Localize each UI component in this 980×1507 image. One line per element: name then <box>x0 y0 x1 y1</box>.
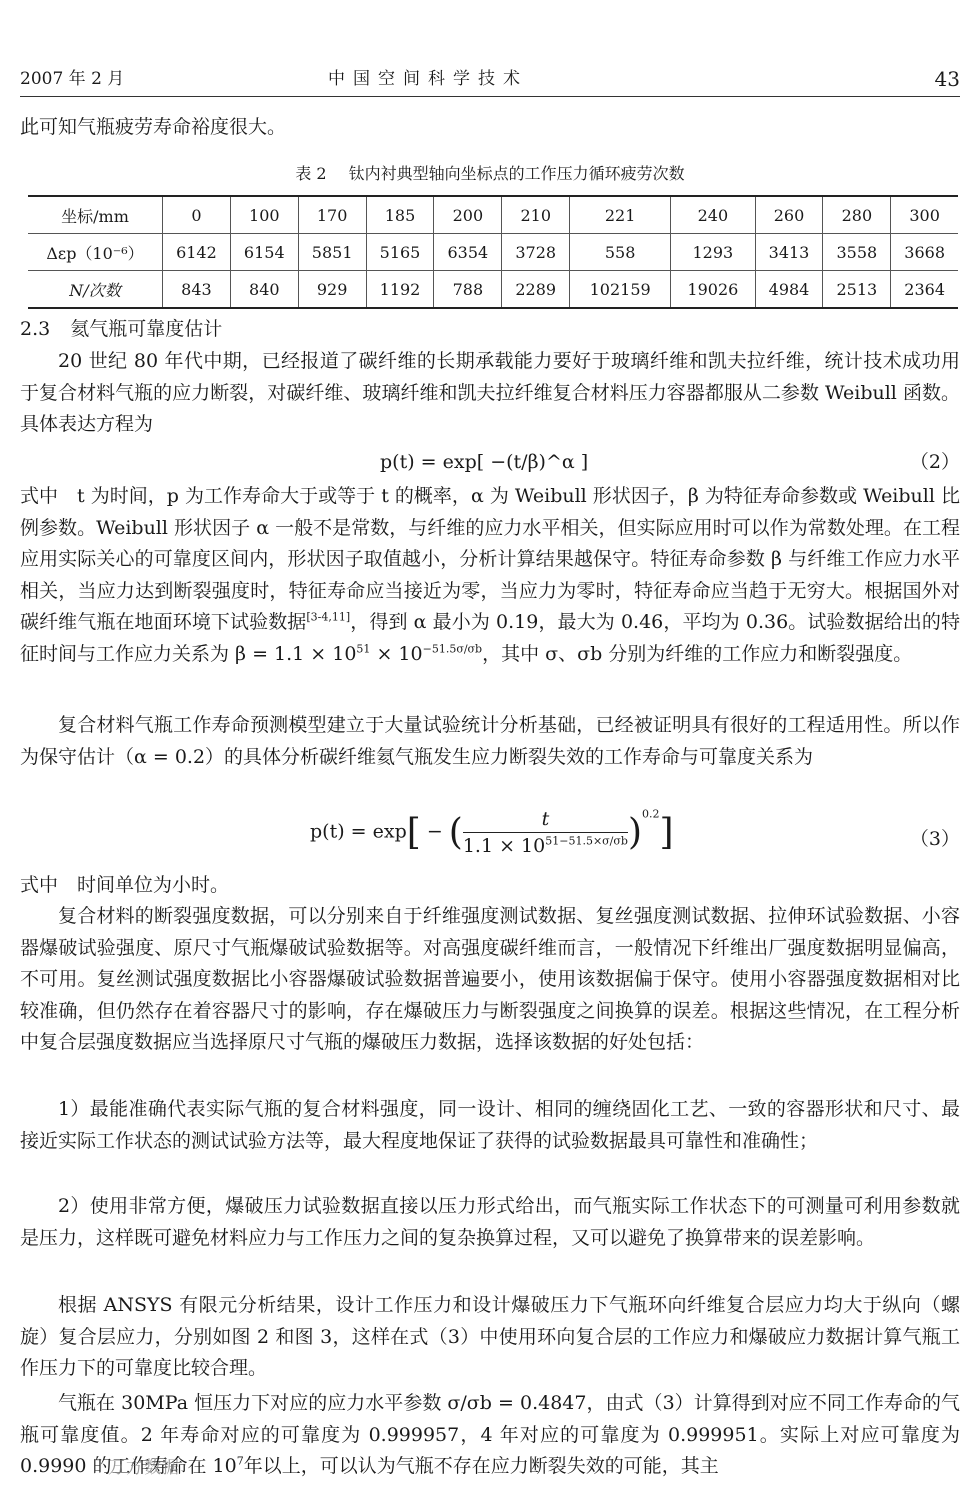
table-cell: 558 <box>570 234 671 271</box>
list-item-2: 2）使用非常方便，爆破压力试验数据直接以压力形式给出，而气瓶实际工作状态下的可测… <box>20 1191 960 1254</box>
table-cell: 6142 <box>163 234 231 271</box>
exponent: 7 <box>237 1455 244 1468</box>
section-number: 2.3 <box>20 318 50 340</box>
table-cell: 840 <box>230 271 298 309</box>
table-cell: 100 <box>230 196 298 234</box>
left-bracket: [ <box>407 812 421 853</box>
table-cell: 2364 <box>891 271 958 309</box>
table-cell: 19026 <box>671 271 755 309</box>
right-bracket: ] <box>660 812 674 853</box>
table-cell: 3668 <box>891 234 958 271</box>
table-cell: 3558 <box>823 234 891 271</box>
paragraph-continuation: 此可知气瓶疲劳寿命裕度很大。 <box>20 112 960 144</box>
table-row-coordinates: 坐标/mm 0 100 170 185 200 210 221 240 260 … <box>28 196 958 234</box>
table-cell: 170 <box>298 196 366 234</box>
table-row-cycles: N/次数 843 840 929 1192 788 2289 102159 19… <box>28 271 958 309</box>
paragraph-weibull-intro: 20 世纪 80 年代中期，已经报道了碳纤维的长期承载能力要好于玻璃纤维和凯夫拉… <box>20 346 960 441</box>
table-cell: 300 <box>891 196 958 234</box>
issue-date: 2007 年 2 月 <box>20 64 124 94</box>
paragraph-text: × 10 <box>370 643 422 665</box>
paragraph-ansys: 根据 ANSYS 有限元分析结果，设计工作压力和设计爆破压力下气瓶环向纤维复合层… <box>20 1290 960 1385</box>
equation-2-body: p(t) = exp[ −(t/β)^α ] <box>380 446 588 478</box>
exponent: 51 <box>356 642 370 655</box>
page-number: 43 <box>935 64 960 94</box>
equation-3-body: p(t) = exp[ − (t1.1 × 1051−51.5×σ/σb)0.2… <box>310 808 674 857</box>
table-caption-title: 钛内衬典型轴向坐标点的工作压力循环疲劳次数 <box>349 164 685 183</box>
table-cell: 185 <box>366 196 434 234</box>
numerator: t <box>463 808 628 833</box>
table-cell: 4984 <box>755 271 823 309</box>
watermark: 万方数据 <box>108 1453 180 1478</box>
section-heading: 2.3氦气瓶可靠度估计 <box>20 314 222 345</box>
table-cell: 210 <box>502 196 570 234</box>
denominator: 1.1 × 1051−51.5×σ/σb <box>463 833 628 857</box>
table-cell: 2513 <box>823 271 891 309</box>
table-cell: 2289 <box>502 271 570 309</box>
denominator-exponent: 51−51.5×σ/σb <box>545 835 628 848</box>
fraction: t1.1 × 1051−51.5×σ/σb <box>463 808 628 857</box>
paragraph-text: ，其中 σ、σb 分别为纤维的工作应力和断裂强度。 <box>482 643 912 665</box>
header-rule <box>20 96 960 97</box>
table-cell: 3413 <box>755 234 823 271</box>
table-cell: 1293 <box>671 234 755 271</box>
table-cell: 102159 <box>570 271 671 309</box>
row-label: N/次数 <box>28 271 163 309</box>
citation: [3-4,11] <box>306 611 350 624</box>
equation-3-lhs: p(t) = exp <box>310 821 407 843</box>
journal-title: 中国空间科学技术 <box>328 64 528 94</box>
power: 0.2 <box>642 808 660 821</box>
table-cell: 200 <box>434 196 502 234</box>
row-label: 坐标/mm <box>28 196 163 234</box>
list-item-1: 1）最能准确代表实际气瓶的复合材料强度，同一设计、相同的缠绕固化工艺、一致的容器… <box>20 1094 960 1157</box>
paragraph-model-intro: 复合材料气瓶工作寿命预测模型建立于大量试验统计分析基础，已经被证明具有很好的工程… <box>20 710 960 773</box>
running-header: 2007 年 2 月 中国空间科学技术 43 <box>20 64 960 94</box>
equation-3-number: （3） <box>910 824 960 851</box>
table-cell: 6354 <box>434 234 502 271</box>
paragraph-text: 年以上，可以认为气瓶不存在应力断裂失效的可能，其主 <box>244 1455 719 1477</box>
equation-3: p(t) = exp[ − (t1.1 × 1051−51.5×σ/σb)0.2… <box>20 806 960 866</box>
table-cell: 3728 <box>502 234 570 271</box>
table-caption-number: 表 2 <box>295 164 326 183</box>
table-cell: 843 <box>163 271 231 309</box>
table-cell: 788 <box>434 271 502 309</box>
table-cell: 6154 <box>230 234 298 271</box>
left-paren: ( <box>449 812 463 853</box>
exponent: −51.5σ/σb <box>423 642 482 655</box>
table-cell: 260 <box>755 196 823 234</box>
right-paren: ) <box>628 812 642 853</box>
equation-2-number: （2） <box>910 446 960 478</box>
table-cell: 280 <box>823 196 891 234</box>
paragraph-weibull-params: 式中 t 为时间，p 为工作寿命大于或等于 t 的概率，α 为 Weibull … <box>20 481 960 670</box>
table-cell: 240 <box>671 196 755 234</box>
table-cell: 929 <box>298 271 366 309</box>
denominator-base: 1.1 × 10 <box>463 835 545 857</box>
table-cell: 5165 <box>366 234 434 271</box>
equation-2: p(t) = exp[ −(t/β)^α ] （2） <box>20 446 960 478</box>
row-label: Δεp（10⁻⁶） <box>28 234 163 271</box>
section-title: 氦气瓶可靠度估计 <box>70 318 222 340</box>
table-cell: 0 <box>163 196 231 234</box>
paragraph-strength-data: 复合材料的断裂强度数据，可以分别来自于纤维强度测试数据、复丝强度测试数据、拉伸环… <box>20 901 960 1059</box>
table-cell: 221 <box>570 196 671 234</box>
table-cell: 1192 <box>366 271 434 309</box>
table-row-strain: Δεp（10⁻⁶） 6142 6154 5851 5165 6354 3728 … <box>28 234 958 271</box>
paragraph-time-unit: 式中 时间单位为小时。 <box>20 870 960 902</box>
table-cell: 5851 <box>298 234 366 271</box>
fatigue-cycles-table: 坐标/mm 0 100 170 185 200 210 221 240 260 … <box>28 195 958 309</box>
table-caption: 表 2钛内衬典型轴向坐标点的工作压力循环疲劳次数 <box>20 162 960 186</box>
